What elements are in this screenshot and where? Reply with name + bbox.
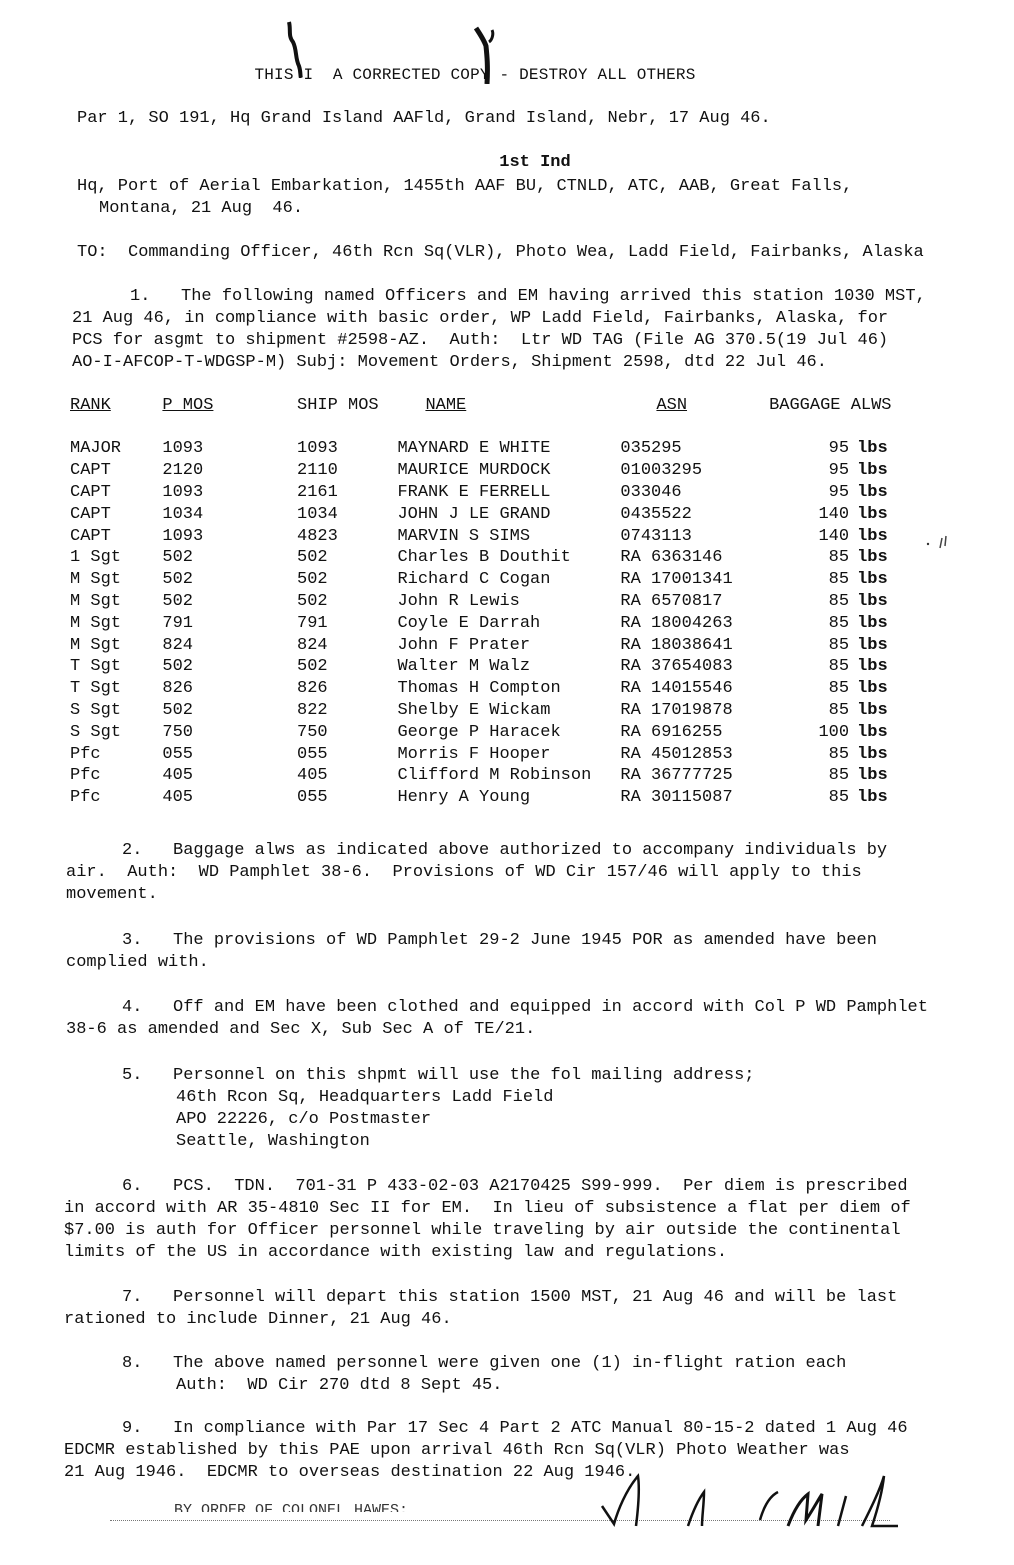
ship-mos-cell: 1093 — [297, 438, 397, 460]
roster-row: T Sgt502502Walter M WalzRA 3765408385lbs — [70, 656, 970, 678]
roster-row: CAPT21202110MAURICE MURDOCK0100329595lbs — [70, 460, 970, 482]
p-mos-cell: 1093 — [162, 438, 297, 460]
baggage-cell: 100lbs — [769, 721, 970, 743]
baggage-cell: 95lbs — [769, 460, 970, 482]
ship-mos-cell: 1034 — [297, 503, 397, 525]
indorsement-from-line: Hq, Port of Aerial Embarkation, 1455th A… — [77, 176, 852, 198]
ship-mos-cell: 826 — [297, 678, 397, 700]
paragraph-2-line: movement. — [66, 884, 158, 906]
name-cell: Charles B Douthit — [397, 547, 620, 569]
roster-row: MAJOR10931093MAYNARD E WHITE03529595lbs — [70, 438, 970, 460]
baggage-unit: lbs — [857, 679, 888, 698]
paragraph-7-line: rationed to include Dinner, 21 Aug 46. — [64, 1309, 452, 1331]
ship-mos-cell: 2161 — [297, 482, 397, 504]
baggage-cell: 85lbs — [769, 787, 970, 809]
asn-cell: 0435522 — [620, 503, 769, 525]
rank-cell: 1 Sgt — [70, 547, 162, 569]
name-cell: MARVIN S SIMS — [397, 525, 620, 547]
header-baggage-alws: BAGGAGE ALWS — [769, 396, 970, 438]
name-cell: Clifford M Robinson — [397, 765, 620, 787]
asn-cell: RA 17001341 — [620, 569, 769, 591]
paragraph-6-line: $7.00 is auth for Officer personnel whil… — [64, 1220, 901, 1242]
baggage-weight: 100 — [769, 723, 849, 742]
to-line: TO: Commanding Officer, 46th Rcn Sq(VLR)… — [77, 242, 924, 264]
p-mos-cell: 750 — [162, 721, 297, 743]
p-mos-cell: 2120 — [162, 460, 297, 482]
paragraph-5-line: 5. Personnel on this shpmt will use the … — [122, 1065, 755, 1087]
ship-mos-cell: 502 — [297, 547, 397, 569]
baggage-cell: 85lbs — [769, 569, 970, 591]
asn-cell: 035295 — [620, 438, 769, 460]
baggage-weight: 85 — [769, 592, 849, 611]
paragraph-7-line: 7. Personnel will depart this station 15… — [122, 1287, 897, 1309]
p-mos-cell: 405 — [162, 765, 297, 787]
asn-cell: RA 18004263 — [620, 612, 769, 634]
asn-cell: RA 30115087 — [620, 787, 769, 809]
p-mos-cell: 826 — [162, 678, 297, 700]
paragraph-6-line: limits of the US in accordance with exis… — [64, 1242, 727, 1264]
header-name: NAME — [397, 396, 620, 438]
asn-cell: RA 36777725 — [620, 765, 769, 787]
baggage-unit: lbs — [857, 548, 888, 567]
ship-mos-cell: 502 — [297, 656, 397, 678]
baggage-weight: 85 — [769, 614, 849, 633]
baggage-weight: 85 — [769, 701, 849, 720]
baggage-unit: lbs — [857, 592, 888, 611]
rank-cell: M Sgt — [70, 612, 162, 634]
rank-cell: CAPT — [70, 525, 162, 547]
baggage-weight: 140 — [769, 505, 849, 524]
baggage-weight: 85 — [769, 636, 849, 655]
roster-row: CAPT10932161FRANK E FERRELL03304695lbs — [70, 482, 970, 504]
asn-cell: 0743113 — [620, 525, 769, 547]
baggage-unit: lbs — [857, 614, 888, 633]
ship-mos-cell: 822 — [297, 700, 397, 722]
p-mos-cell: 1034 — [162, 503, 297, 525]
roster-row: CAPT10341034JOHN J LE GRAND0435522140lbs — [70, 503, 970, 525]
baggage-cell: 85lbs — [769, 634, 970, 656]
rank-cell: Pfc — [70, 743, 162, 765]
roster-row: Pfc055055Morris F HooperRA 4501285385lbs — [70, 743, 970, 765]
baggage-cell: 85lbs — [769, 765, 970, 787]
baggage-weight: 95 — [769, 439, 849, 458]
paragraph-reference: Par 1, SO 191, Hq Grand Island AAFld, Gr… — [77, 108, 771, 130]
asn-cell: RA 18038641 — [620, 634, 769, 656]
paragraph-6-line: in accord with AR 35-4810 Sec II for EM.… — [64, 1198, 911, 1220]
baggage-weight: 85 — [769, 548, 849, 567]
baggage-cell: 85lbs — [769, 591, 970, 613]
baggage-weight: 140 — [769, 527, 849, 546]
baggage-weight: 85 — [769, 788, 849, 807]
p-mos-cell: 502 — [162, 591, 297, 613]
rank-cell: CAPT — [70, 460, 162, 482]
name-cell: George P Haracek — [397, 721, 620, 743]
baggage-weight: 85 — [769, 570, 849, 589]
rank-cell: S Sgt — [70, 700, 162, 722]
asn-cell: 01003295 — [620, 460, 769, 482]
baggage-unit: lbs — [857, 439, 888, 458]
baggage-unit: lbs — [857, 745, 888, 764]
name-cell: Walter M Walz — [397, 656, 620, 678]
rank-cell: Pfc — [70, 787, 162, 809]
baggage-cell: 95lbs — [769, 438, 970, 460]
header-asn: ASN — [620, 396, 769, 438]
name-cell: JOHN J LE GRAND — [397, 503, 620, 525]
paragraph-9-line: 9. In compliance with Par 17 Sec 4 Part … — [122, 1418, 908, 1440]
baggage-unit: lbs — [857, 527, 888, 546]
ship-mos-cell: 502 — [297, 569, 397, 591]
paragraph-1-line: AO-I-AFCOP-T-WDGSP-M) Subj: Movement Ord… — [72, 352, 827, 374]
roster-row: 1 Sgt502502Charles B DouthitRA 636314685… — [70, 547, 970, 569]
roster-header-row: RANK P MOS SHIP MOS NAME ASN BAGGAGE ALW… — [70, 396, 970, 438]
asn-cell: RA 6570817 — [620, 591, 769, 613]
p-mos-cell: 502 — [162, 700, 297, 722]
name-cell: John R Lewis — [397, 591, 620, 613]
baggage-weight: 85 — [769, 657, 849, 676]
handwritten-signature-icon — [600, 1470, 930, 1530]
roster-row: M Sgt502502Richard C CoganRA 1700134185l… — [70, 569, 970, 591]
p-mos-cell: 824 — [162, 634, 297, 656]
baggage-cell: 140lbs — [769, 503, 970, 525]
paragraph-2-line: 2. Baggage alws as indicated above autho… — [122, 840, 887, 862]
name-cell: Henry A Young — [397, 787, 620, 809]
mailing-address-line: Seattle, Washington — [176, 1131, 370, 1153]
ship-mos-cell: 791 — [297, 612, 397, 634]
baggage-unit: lbs — [857, 701, 888, 720]
roster-row: CAPT10934823MARVIN S SIMS0743113140lbs — [70, 525, 970, 547]
corrected-copy-banner: THIS I A CORRECTED COPY - DESTROY ALL OT… — [0, 64, 950, 86]
mailing-address-line: APO 22226, c/o Postmaster — [176, 1109, 431, 1131]
ship-mos-cell: 4823 — [297, 525, 397, 547]
p-mos-cell: 502 — [162, 656, 297, 678]
name-cell: MAURICE MURDOCK — [397, 460, 620, 482]
p-mos-cell: 1093 — [162, 525, 297, 547]
asn-cell: RA 6916255 — [620, 721, 769, 743]
ship-mos-cell: 502 — [297, 591, 397, 613]
baggage-unit: lbs — [857, 636, 888, 655]
roster-row: S Sgt750750George P HaracekRA 6916255100… — [70, 721, 970, 743]
name-cell: Morris F Hooper — [397, 743, 620, 765]
baggage-unit: lbs — [857, 788, 888, 807]
rank-cell: T Sgt — [70, 656, 162, 678]
paragraph-4-line: 38-6 as amended and Sec X, Sub Sec A of … — [66, 1019, 535, 1041]
paragraph-2-line: air. Auth: WD Pamphlet 38-6. Provisions … — [66, 862, 862, 884]
asn-cell: RA 17019878 — [620, 700, 769, 722]
ship-mos-cell: 055 — [297, 743, 397, 765]
baggage-cell: 85lbs — [769, 656, 970, 678]
header-p-mos: P MOS — [162, 396, 297, 438]
asn-cell: 033046 — [620, 482, 769, 504]
p-mos-cell: 055 — [162, 743, 297, 765]
p-mos-cell: 405 — [162, 787, 297, 809]
baggage-cell: 85lbs — [769, 678, 970, 700]
rank-cell: CAPT — [70, 503, 162, 525]
paragraph-8-line: Auth: WD Cir 270 dtd 8 Sept 45. — [176, 1375, 502, 1397]
baggage-unit: lbs — [857, 483, 888, 502]
paragraph-9-line: 21 Aug 1946. EDCMR to overseas destinati… — [64, 1462, 635, 1484]
ship-mos-cell: 2110 — [297, 460, 397, 482]
rank-cell: Pfc — [70, 765, 162, 787]
baggage-cell: 85lbs — [769, 743, 970, 765]
name-cell: Shelby E Wickam — [397, 700, 620, 722]
paragraph-1-line: 1. The following named Officers and EM h… — [130, 286, 926, 308]
baggage-cell: 85lbs — [769, 612, 970, 634]
rank-cell: T Sgt — [70, 678, 162, 700]
indorsement-title: 1st Ind — [0, 152, 1014, 174]
baggage-weight: 85 — [769, 745, 849, 764]
rank-cell: CAPT — [70, 482, 162, 504]
margin-ink-mark-icon — [920, 532, 960, 552]
closing-line: BY ORDER OF COLONEL HAWES: — [174, 1500, 408, 1512]
header-rank: RANK — [70, 396, 162, 438]
baggage-unit: lbs — [857, 461, 888, 480]
roster-row: T Sgt826826Thomas H ComptonRA 1401554685… — [70, 678, 970, 700]
paragraph-6-line: 6. PCS. TDN. 701-31 P 433-02-03 A2170425… — [122, 1176, 908, 1198]
header-ship-mos: SHIP MOS — [297, 396, 397, 438]
asn-cell: RA 6363146 — [620, 547, 769, 569]
baggage-unit: lbs — [857, 570, 888, 589]
roster-row: S Sgt502822Shelby E WickamRA 1701987885l… — [70, 700, 970, 722]
roster-row: Pfc405055Henry A YoungRA 3011508785lbs — [70, 787, 970, 809]
ship-mos-cell: 824 — [297, 634, 397, 656]
paragraph-4-line: 4. Off and EM have been clothed and equi… — [122, 997, 928, 1019]
name-cell: MAYNARD E WHITE — [397, 438, 620, 460]
name-cell: Thomas H Compton — [397, 678, 620, 700]
mailing-address-line: 46th Rcon Sq, Headquarters Ladd Field — [176, 1087, 553, 1109]
baggage-weight: 95 — [769, 483, 849, 502]
personnel-roster-table: RANK P MOS SHIP MOS NAME ASN BAGGAGE ALW… — [70, 396, 970, 809]
baggage-weight: 95 — [769, 461, 849, 480]
p-mos-cell: 791 — [162, 612, 297, 634]
rank-cell: M Sgt — [70, 591, 162, 613]
indorsement-from-line: Montana, 21 Aug 46. — [99, 198, 303, 220]
roster-row: M Sgt791791Coyle E DarrahRA 1800426385lb… — [70, 612, 970, 634]
baggage-weight: 85 — [769, 679, 849, 698]
asn-cell: RA 45012853 — [620, 743, 769, 765]
paragraph-3-line: 3. The provisions of WD Pamphlet 29-2 Ju… — [122, 930, 877, 952]
baggage-cell: 85lbs — [769, 700, 970, 722]
rank-cell: S Sgt — [70, 721, 162, 743]
paragraph-1-line: 21 Aug 46, in compliance with basic orde… — [72, 308, 888, 330]
baggage-cell: 95lbs — [769, 482, 970, 504]
roster-body: MAJOR10931093MAYNARD E WHITE03529595lbsC… — [70, 438, 970, 809]
ship-mos-cell: 055 — [297, 787, 397, 809]
paragraph-1-line: PCS for asgmt to shipment #2598-AZ. Auth… — [72, 330, 888, 352]
paragraph-9-line: EDCMR established by this PAE upon arriv… — [64, 1440, 850, 1462]
roster-row: M Sgt502502John R LewisRA 657081785lbs — [70, 591, 970, 613]
baggage-unit: lbs — [857, 657, 888, 676]
ship-mos-cell: 405 — [297, 765, 397, 787]
asn-cell: RA 14015546 — [620, 678, 769, 700]
asn-cell: RA 37654083 — [620, 656, 769, 678]
baggage-unit: lbs — [857, 723, 888, 742]
rank-cell: M Sgt — [70, 634, 162, 656]
name-cell: John F Prater — [397, 634, 620, 656]
p-mos-cell: 1093 — [162, 482, 297, 504]
ship-mos-cell: 750 — [297, 721, 397, 743]
roster-row: Pfc405405Clifford M RobinsonRA 367777258… — [70, 765, 970, 787]
paragraph-8-line: 8. The above named personnel were given … — [122, 1353, 846, 1375]
baggage-weight: 85 — [769, 766, 849, 785]
name-cell: FRANK E FERRELL — [397, 482, 620, 504]
roster-row: M Sgt824824John F PraterRA 1803864185lbs — [70, 634, 970, 656]
rank-cell: MAJOR — [70, 438, 162, 460]
baggage-unit: lbs — [857, 766, 888, 785]
paragraph-3-line: complied with. — [66, 952, 209, 974]
p-mos-cell: 502 — [162, 547, 297, 569]
p-mos-cell: 502 — [162, 569, 297, 591]
name-cell: Richard C Cogan — [397, 569, 620, 591]
baggage-unit: lbs — [857, 505, 888, 524]
name-cell: Coyle E Darrah — [397, 612, 620, 634]
rank-cell: M Sgt — [70, 569, 162, 591]
